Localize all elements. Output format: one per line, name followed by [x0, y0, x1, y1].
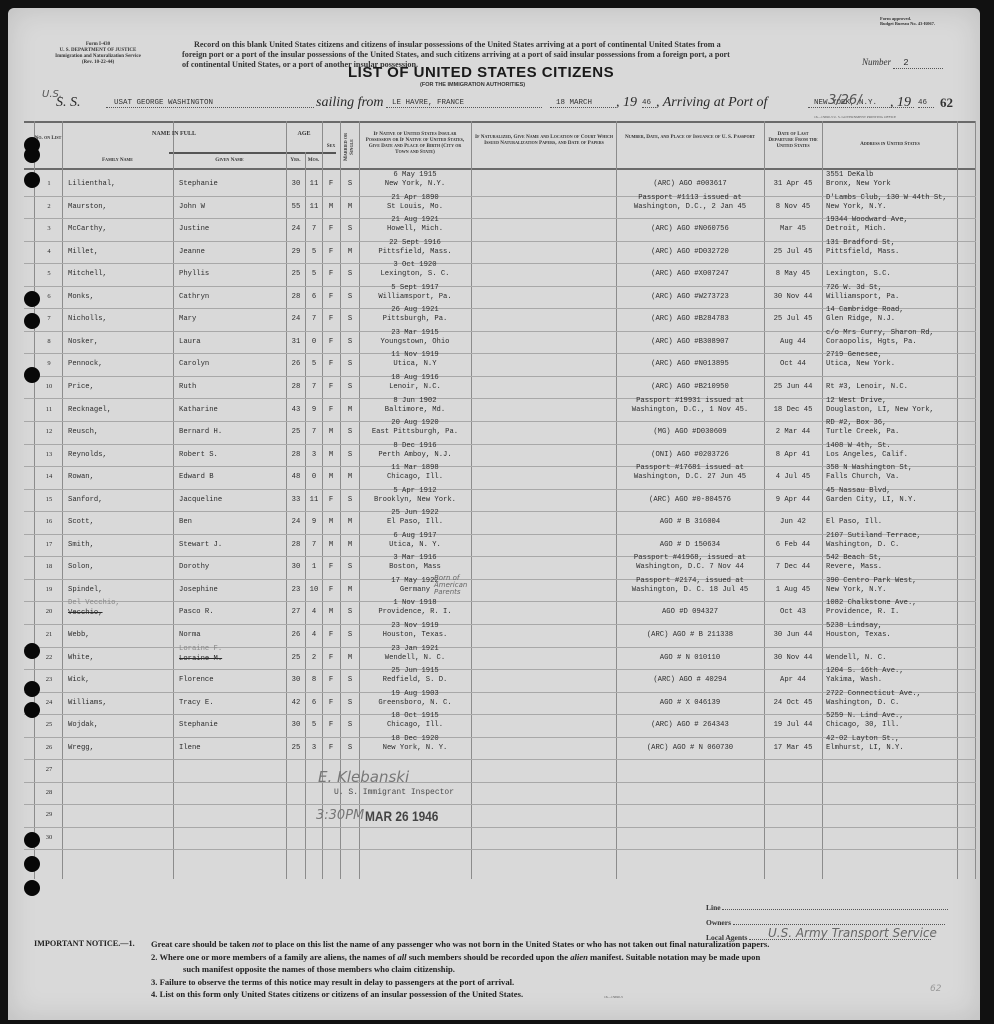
passport-number: (ARC) AGO # 40294 [620, 676, 760, 685]
table-row: 29 [24, 804, 976, 827]
age-months: 5 [306, 721, 322, 730]
family-name-correction: Del Vecchio, [68, 599, 120, 608]
table-row: 8Nosker,Laura310FS23 Mar 1915Youngstown,… [24, 331, 976, 354]
family-name: Price, [68, 383, 94, 392]
row-number: 8 [38, 337, 60, 346]
table-row: 26Wregg,Ilene253FS18 Dec 1920New York, N… [24, 737, 976, 760]
address-line-2: Providence, R. I. [826, 608, 899, 617]
family-name: Reynolds, [68, 451, 107, 460]
age-months: 7 [306, 428, 322, 437]
given-name: Dorothy [179, 563, 209, 572]
marital-status: S [341, 180, 359, 189]
punch-hole [24, 291, 40, 307]
inspector-signature: E. Klebanski [318, 768, 409, 786]
page-subtitle: (FOR THE IMMIGRATION AUTHORITIES) [420, 82, 525, 88]
address-line-1: 12 West Drive, [826, 397, 886, 406]
row-number: 2 [38, 202, 60, 211]
birth-date: 5 Sept 1917 [360, 284, 470, 293]
passport-line-1: Passport #17681 issued at [620, 464, 760, 473]
marital-status: M [341, 203, 359, 212]
passport-number: (ARC) AGO #003617 [620, 180, 760, 189]
passport-number: (ARC) AGO #N060756 [620, 225, 760, 234]
table-row: 21Webb,Norma264FS23 Nov 1919Houston, Tex… [24, 624, 976, 647]
passport-number: (MG) AGO #D030609 [620, 428, 760, 437]
table-row: 3McCarthy,Justine247FS21 Aug 1921Howell,… [24, 218, 976, 241]
birth-date: 6 Aug 1917 [360, 532, 470, 541]
last-departure: 25 Jun 44 [766, 383, 820, 392]
age-months: 3 [306, 451, 322, 460]
table-row: 14Rowan,Edward B480MM11 Mar 1898Chicago,… [24, 466, 976, 489]
row-number: 17 [38, 540, 60, 549]
table-row: 5Mitchell,Phyllis255FS3 Oct 1920Lexingto… [24, 263, 976, 286]
last-departure: 30 Nov 44 [766, 293, 820, 302]
table-row: 28 [24, 782, 976, 805]
given-name: Ruth [179, 383, 196, 392]
birth-date: 22 Sept 1916 [360, 239, 470, 248]
given-name: Robert S. [179, 451, 218, 460]
family-name: Wick, [68, 676, 90, 685]
age-months: 6 [306, 699, 322, 708]
last-departure: Apr 44 [766, 676, 820, 685]
address-line-1: 1082 Chalkstone Ave., [826, 599, 917, 608]
address-line-1: 131 Bradford St, [826, 239, 895, 248]
table-row: 20Del Vecchio,Vecchio,Pasco R.274MS1 Nov… [24, 601, 976, 624]
given-name: Norma [179, 631, 201, 640]
table-row: 9Pennock,Carolyn265FS11 Nov 1919Utica, N… [24, 353, 976, 376]
sailing-label: sailing from [316, 95, 384, 111]
sex: F [323, 248, 339, 257]
header-address: Address in United States [824, 141, 956, 147]
birth-note: Born of American Parents [434, 575, 494, 596]
given-name: Jacqueline [179, 496, 222, 505]
ship-name: USAT GEORGE WASHINGTON [106, 99, 314, 108]
given-name: Carolyn [179, 360, 209, 369]
birth-place: Howell, Mich. [360, 225, 470, 234]
passport-number: AGO # X 046139 [620, 699, 760, 708]
last-departure: 8 May 45 [766, 270, 820, 279]
inspection-time: 3:30PM [316, 808, 364, 823]
marital-status: M [341, 473, 359, 482]
birth-place: Boston, Mass [360, 563, 470, 572]
table-row: 30 [24, 827, 976, 850]
age-months: 11 [306, 496, 322, 505]
marital-status: S [341, 315, 359, 324]
age-months: 4 [306, 608, 322, 617]
age-years: 23 [288, 586, 304, 595]
passport-number: (ARC) AGO #N013895 [620, 360, 760, 369]
birth-place: Lexington, S. C. [360, 270, 470, 279]
birth-date: 23 Mar 1915 [360, 329, 470, 338]
address-line-2: Turtle Creek, Pa. [826, 428, 899, 437]
family-name: Monks, [68, 293, 94, 302]
age-years: 30 [288, 676, 304, 685]
age-months: 7 [306, 383, 322, 392]
number-value: 2 [893, 58, 943, 69]
age-years: 24 [288, 225, 304, 234]
marital-status: S [341, 496, 359, 505]
birth-date: 18 Dec 1920 [360, 735, 470, 744]
address-line-1: 42-02 Layton St., [826, 735, 899, 744]
age-months: 3 [306, 744, 322, 753]
given-name-correction: Loraine F. [179, 645, 222, 654]
given-name: John W [179, 203, 205, 212]
address-line-1: 1408 W 4th, St. [826, 442, 891, 451]
last-departure: 9 Apr 44 [766, 496, 820, 505]
family-name: Williams, [68, 699, 107, 708]
last-departure: 24 Oct 45 [766, 699, 820, 708]
birth-date: 5 Apr 1912 [360, 487, 470, 496]
age-years: 33 [288, 496, 304, 505]
address-line-2: Utica, New York. [826, 360, 895, 369]
header-yrs: Yrs. [286, 157, 305, 163]
age-months: 5 [306, 270, 322, 279]
given-name: Stephanie [179, 721, 218, 730]
passenger-table: 16—15690-3 U. S. GOVERNMENT PRINTING OFF… [24, 121, 976, 879]
table-row: 25Wojdak,Stephanie305FS18 Oct 1915Chicag… [24, 714, 976, 737]
passport-number: (ARC) AGO # 264343 [620, 721, 760, 730]
family-name: Recknagel, [68, 406, 111, 415]
birth-place: Utica, N. Y. [360, 541, 470, 550]
address-line-2: New York, N.Y. [826, 586, 886, 595]
address-line-2: Chicago, 30, Ill. [826, 721, 899, 730]
header-age: AGE [286, 131, 322, 137]
passport-line-1: Passport #19931 issued at [620, 397, 760, 406]
last-departure: Oct 43 [766, 608, 820, 617]
marital-status: S [341, 428, 359, 437]
last-departure: 7 Dec 44 [766, 563, 820, 572]
sex: M [323, 451, 339, 460]
address-line-1: c/o Mrs Curry, Sharon Rd, [826, 329, 934, 338]
address-line-2: Wendell, N. C. [826, 654, 886, 663]
age-years: 30 [288, 563, 304, 572]
voyage-line: U.S. S. S. USAT GEORGE WASHINGTON sailin… [38, 95, 978, 115]
page-title: LIST OF UNITED STATES CITIZENS [348, 64, 614, 81]
family-name: Lilienthal, [68, 180, 115, 189]
address-line-1: 358 N Washington St, [826, 464, 912, 473]
age-years: 43 [288, 406, 304, 415]
last-departure: 6 Feb 44 [766, 541, 820, 550]
passport-number: (ARC) AGO #W273723 [620, 293, 760, 302]
table-row: 10Price,Ruth287FS18 Aug 1916Lenoir, N.C.… [24, 376, 976, 399]
passport-number: AGO # D 150634 [620, 541, 760, 550]
sex: F [323, 293, 339, 302]
last-departure: 2 Mar 44 [766, 428, 820, 437]
age-years: 24 [288, 315, 304, 324]
passport-number: (ARC) AGO # B 211338 [620, 631, 760, 640]
birth-date: 3 Oct 1920 [360, 261, 470, 270]
given-name: Laura [179, 338, 201, 347]
row-number: 26 [38, 743, 60, 752]
age-months: 6 [306, 293, 322, 302]
sex: F [323, 225, 339, 234]
family-name: Nosker, [68, 338, 98, 347]
birth-place: Greensboro, N. C. [360, 699, 470, 708]
punch-hole [24, 367, 40, 383]
sex: F [323, 676, 339, 685]
page-number: 62 [940, 95, 953, 111]
birth-date: 18 Oct 1915 [360, 712, 470, 721]
sex: F [323, 338, 339, 347]
birth-date: 23 Nov 1919 [360, 622, 470, 631]
passport-number: AGO # N 010110 [620, 654, 760, 663]
table-row: 19Spindel,Josephine2310FM17 May 1922Germ… [24, 579, 976, 602]
from-port: LE HAVRE, FRANCE [386, 99, 542, 108]
given-name: Cathryn [179, 293, 209, 302]
passport-number: (ARC) AGO #X007247 [620, 270, 760, 279]
arrival-year: 46 [918, 99, 934, 108]
marital-status: S [341, 721, 359, 730]
depart-date: 18 MARCH [550, 99, 616, 108]
address-line-1: 14 Cambridge Road, [826, 306, 904, 315]
passport-line-2: Washington, D. C. 18 Jul 45 [620, 586, 760, 595]
age-years: 26 [288, 631, 304, 640]
last-departure: 19 Jul 44 [766, 721, 820, 730]
punch-hole [24, 702, 40, 718]
row-number: 21 [38, 630, 60, 639]
bottom-form-code: 16—15690-3 [604, 995, 623, 999]
address-line-1: 45 Nassau Blvd, [826, 487, 891, 496]
address-line-1: 5259 N. Lind Ave., [826, 712, 904, 721]
passport-number: (ARC) AGO #B210950 [620, 383, 760, 392]
row-number: 20 [38, 607, 60, 616]
address-line-2: Glen Ridge, N.J. [826, 315, 895, 324]
form-approval: Form approved. Budget Bureau No. 43-R067… [880, 16, 935, 26]
age-years: 28 [288, 451, 304, 460]
passport-line-2: Washington, D.C., 1 Nov 45. [620, 406, 760, 415]
age-years: 48 [288, 473, 304, 482]
given-name: Phyllis [179, 270, 209, 279]
address-line-2: Garden City, LI, N.Y. [826, 496, 917, 505]
age-months: 5 [306, 360, 322, 369]
birth-place: New York, N. Y. [360, 744, 470, 753]
form-identifier: Form I-430 U. S. DEPARTMENT OF JUSTICE I… [38, 42, 158, 66]
sex: M [323, 608, 339, 617]
passport-line-1: Passport #2174, issued at [620, 577, 760, 586]
last-departure: 8 Apr 41 [766, 451, 820, 460]
age-months: 7 [306, 225, 322, 234]
row-number: 1 [38, 179, 60, 188]
punch-hole [24, 832, 40, 848]
marital-status: M [341, 406, 359, 415]
header-last-departure: Date of Last Departure From the United S… [766, 131, 820, 149]
birth-date: 6 May 1915 [360, 171, 470, 180]
age-years: 26 [288, 360, 304, 369]
marital-status: S [341, 360, 359, 369]
age-years: 28 [288, 541, 304, 550]
row-number: 14 [38, 472, 60, 481]
passport-line-2: Washington, D.C., 2 Jan 45 [620, 203, 760, 212]
marital-status: M [341, 248, 359, 257]
marital-status: S [341, 699, 359, 708]
line-label: Line [706, 903, 721, 912]
header-birth: If Native of United States Insular Posse… [362, 131, 468, 155]
row-number: 6 [38, 292, 60, 301]
table-row: 11Recknagel,Katharine439FM8 Jun 1902Balt… [24, 399, 976, 422]
passport-line-2: Washington, D.C. 27 Jun 45 [620, 473, 760, 482]
row-number: 25 [38, 720, 60, 729]
table-row: 24Williams,Tracy E.426FS19 Aug 1903Green… [24, 692, 976, 715]
family-name: Mitchell, [68, 270, 107, 279]
table-row: 7Nicholls,Mary247FS26 Aug 1921Pittsburgh… [24, 308, 976, 331]
family-name: Rowan, [68, 473, 94, 482]
age-months: 9 [306, 406, 322, 415]
address-line-1: 2719 Genesee, [826, 351, 882, 360]
last-departure: 25 Jul 45 [766, 315, 820, 324]
passport-number: AGO # B 316004 [620, 518, 760, 527]
age-years: 25 [288, 428, 304, 437]
age-years: 24 [288, 518, 304, 527]
table-row: 16Scott,Ben249MM25 Jun 1922El Paso, Ill.… [24, 511, 976, 534]
age-years: 31 [288, 338, 304, 347]
address-line-1: 390 Centro Park West, [826, 577, 917, 586]
birth-place: Perth Amboy, N.J. [360, 451, 470, 460]
sex: M [323, 203, 339, 212]
corner-mark: 62 [930, 984, 941, 994]
given-name: Ben [179, 518, 192, 527]
birth-place: Baltimore, Md. [360, 406, 470, 415]
row-number: 30 [38, 833, 60, 842]
sex: F [323, 721, 339, 730]
row-number: 28 [38, 788, 60, 797]
age-years: 42 [288, 699, 304, 708]
row-number: 13 [38, 450, 60, 459]
header-family-name: Family Name [62, 157, 173, 163]
birth-place: Houston, Texas. [360, 631, 470, 640]
row-number: 12 [38, 427, 60, 436]
family-name: Scott, [68, 518, 94, 527]
printing-office: 16—15690-3 U. S. GOVERNMENT PRINTING OFF… [814, 115, 896, 119]
age-years: 28 [288, 383, 304, 392]
table-row: 17Smith,Stewart J.287MM6 Aug 1917Utica, … [24, 534, 976, 557]
arrival-date-handwritten: 3/26/ [828, 93, 862, 108]
last-departure: Oct 44 [766, 360, 820, 369]
number-label: Number [862, 57, 891, 67]
row-number: 18 [38, 562, 60, 571]
marital-status: M [341, 586, 359, 595]
address-line-2: Elmhurst, LI, N.Y. [826, 744, 904, 753]
family-name: McCarthy, [68, 225, 107, 234]
sex: F [323, 180, 339, 189]
birth-date: 21 Aug 1921 [360, 216, 470, 225]
marital-status: S [341, 563, 359, 572]
sex: M [323, 473, 339, 482]
address-line-2: Washington, D. C. [826, 699, 899, 708]
sex: F [323, 586, 339, 595]
address-line-1: 2722 Connecticut Ave., [826, 690, 921, 699]
last-departure: 30 Jun 44 [766, 631, 820, 640]
age-months: 0 [306, 473, 322, 482]
punch-hole [24, 880, 40, 896]
address-line-2: Lexington, S.C. [826, 270, 891, 279]
inspection-date-stamp: MAR 26 1946 [365, 808, 438, 824]
passport-number: (ARC) AGO #B284783 [620, 315, 760, 324]
header-given-name: Given Name [173, 157, 286, 163]
last-departure: 4 Jul 45 [766, 473, 820, 482]
address-line-2: Falls Church, Va. [826, 473, 899, 482]
birth-place: Chicago, Ill. [360, 721, 470, 730]
revision: (Rev. 10-22-44) [38, 60, 158, 66]
passport-number: (ARC) AGO #D032720 [620, 248, 760, 257]
table-row: 15Sanford,Jacqueline3311FS5 Apr 1912Broo… [24, 489, 976, 512]
birth-date: 8 Dec 1916 [360, 442, 470, 451]
passport-number: (ONI) AGO #0203726 [620, 451, 760, 460]
marital-status: M [341, 518, 359, 527]
birth-place: Brooklyn, New York. [360, 496, 470, 505]
passport-number: (ARC) AGO # N 060730 [620, 744, 760, 753]
birth-date: 8 Jun 1902 [360, 397, 470, 406]
family-name: Wojdak, [68, 721, 98, 730]
birth-date: 11 Nov 1919 [360, 351, 470, 360]
punch-hole [24, 856, 40, 872]
family-name: White, [68, 654, 94, 663]
birth-date: 25 Jun 1915 [360, 667, 470, 676]
birth-date: 11 Mar 1898 [360, 464, 470, 473]
last-departure: Jun 42 [766, 518, 820, 527]
family-name: Nicholls, [68, 315, 107, 324]
age-years: 55 [288, 203, 304, 212]
sex: M [323, 541, 339, 550]
header-married-single: Married or Single [343, 132, 355, 162]
owners-label: Owners [706, 918, 731, 927]
birth-place: Providence, R. I. [360, 608, 470, 617]
last-departure: 31 Apr 45 [766, 180, 820, 189]
row-number: 3 [38, 224, 60, 233]
address-line-1: RD #2, Box 36, [826, 419, 886, 428]
birth-place: Redfield, S. D. [360, 676, 470, 685]
address-line-1: 2107 Sutiland Terrace, [826, 532, 921, 541]
notice-lead: IMPORTANT NOTICE.—1. [34, 938, 135, 951]
birth-date: 26 Aug 1921 [360, 306, 470, 315]
arrival-year-prefix: , 19 [890, 95, 911, 111]
given-name: Josephine [179, 586, 218, 595]
list-number: Number 2 [862, 57, 943, 69]
last-departure: 30 Nov 44 [766, 654, 820, 663]
family-name: Webb, [68, 631, 90, 640]
birth-place: Chicago, Ill. [360, 473, 470, 482]
arriving-label: , Arriving at Port of [656, 95, 767, 111]
sex: F [323, 383, 339, 392]
address-line-2: Yakima, Wash. [826, 676, 882, 685]
marital-status: M [341, 654, 359, 663]
given-name: Edward B [179, 473, 214, 482]
address-line-2: Bronx, New York [826, 180, 891, 189]
row-number: 16 [38, 517, 60, 526]
sex: F [323, 270, 339, 279]
birth-date: 1 Nov 1918 [360, 599, 470, 608]
given-name: Jeanne [179, 248, 205, 257]
address-line-2: Rt #3, Lenoir, N.C. [826, 383, 908, 392]
address-line-1: 3551 DeKalb [826, 171, 873, 180]
given-name: Mary [179, 315, 196, 324]
punch-hole [24, 681, 40, 697]
address-line-2: Washington, D. C. [826, 541, 899, 550]
row-number: 10 [38, 382, 60, 391]
birth-place: St Louis, Mo. [360, 203, 470, 212]
table-row: 13Reynolds,Robert S.283MS8 Dec 1916Perth… [24, 444, 976, 467]
sex: F [323, 406, 339, 415]
notice-item-3: 3. Failure to observe the terms of this … [151, 976, 971, 989]
birth-date: 20 Aug 1920 [360, 419, 470, 428]
sex: M [323, 428, 339, 437]
age-years: 27 [288, 608, 304, 617]
sex: F [323, 654, 339, 663]
notice-item-1: Great care should be taken not to place … [151, 938, 971, 951]
age-years: 30 [288, 180, 304, 189]
birth-date: 23 Jan 1921 [360, 645, 470, 654]
birth-place: Utica, N.Y [360, 360, 470, 369]
birth-place: Wendell, N. C. [360, 654, 470, 663]
marital-status: S [341, 270, 359, 279]
